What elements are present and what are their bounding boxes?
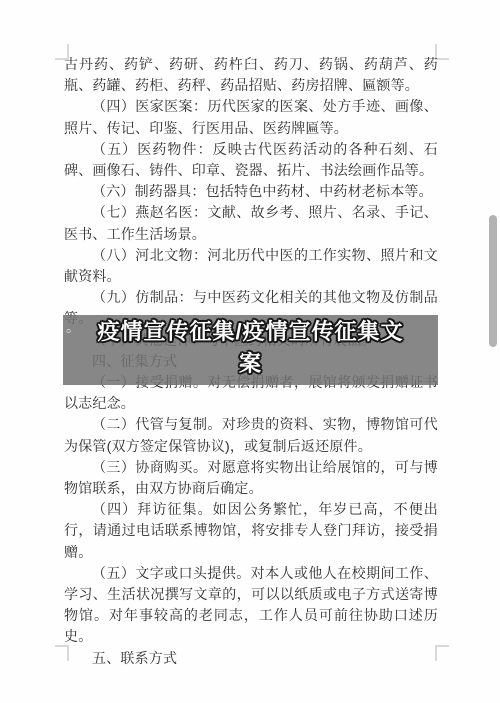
title-overlay-banner: 。 疫情宣传征集/疫情宣传征集文 案: [63, 315, 438, 385]
page-title-line2: 案: [239, 351, 262, 376]
paragraph: 古丹药、药铲、药研、药杵臼、药刀、药锅、药葫芦、药瓶、药罐、药柜、药秤、药品招贴…: [64, 54, 438, 96]
paragraph: （八）河北文物：河北历代中医的工作实物、照片和文献资料。: [64, 245, 438, 287]
paragraph: （七）燕赵名医：文献、故乡考、照片、名录、手记、医书、工作生活场景。: [64, 202, 438, 244]
paragraph: （六）制药器具：包括特色中药材、中药材老标本等。: [64, 181, 438, 202]
paragraph: （二）代管与复制。对珍贵的资料、实物，博物馆可代为保管(双方签定保管协议)，或复…: [64, 414, 438, 456]
page-title: 疫情宣传征集/疫情宣传征集文 案: [63, 316, 438, 380]
paragraph: （五）文字或口头提供。对本人或他人在校期间工作、学习、生活状况撰写文章的，可以以…: [64, 563, 438, 648]
paragraph: （四）医家医案：历代医家的医案、处方手迹、画像、照片、传记、印鉴、行医用品、医药…: [64, 96, 438, 138]
page-title-line1: 疫情宣传征集/疫情宣传征集文: [97, 319, 403, 344]
paragraph: 五、联系方式: [64, 648, 438, 669]
paragraph: （五）医药物件：反映古代医药活动的各种石刻、石碑、画像石、铸件、印章、瓷器、拓片…: [64, 139, 438, 181]
scrollbar-thumb[interactable]: [489, 215, 497, 347]
document-page: 古丹药、药铲、药研、药杵臼、药刀、药锅、药葫芦、药瓶、药罐、药柜、药秤、药品招贴…: [0, 0, 500, 703]
paragraph: （三）协商购买。对愿意将实物出让给展馆的，可与博物馆联系，由双方协商后确定。: [64, 457, 438, 499]
paragraph: （四）拜访征集。如因公务繁忙，年岁已高，不便出行，请通过电话联系博物馆，将安排专…: [64, 499, 438, 563]
